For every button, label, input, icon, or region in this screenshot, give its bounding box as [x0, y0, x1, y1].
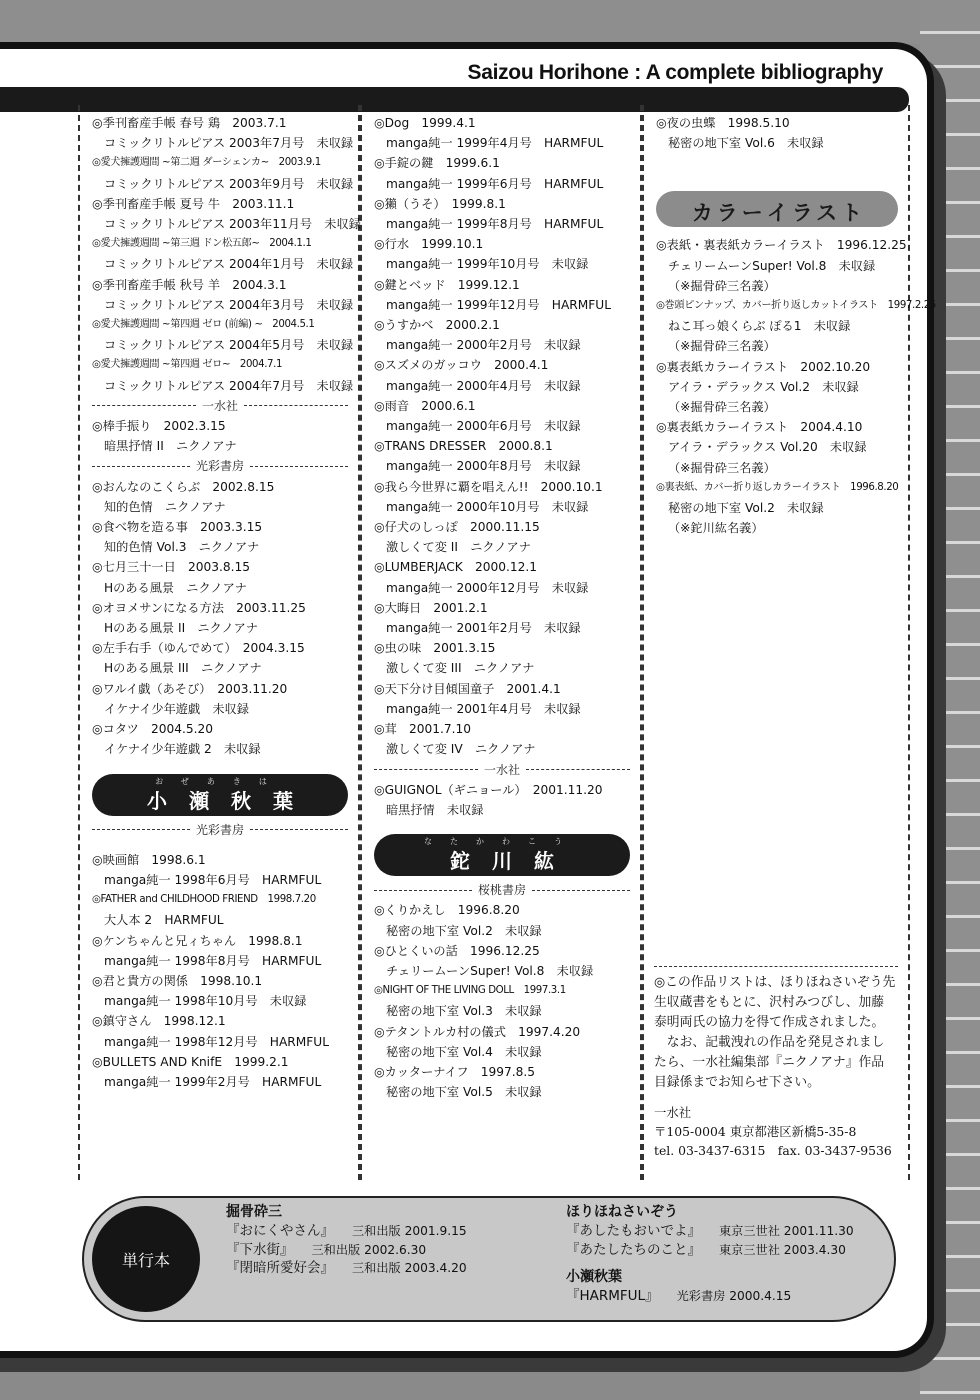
- entry-title: ◎棒手振り 2002.3.15: [92, 416, 358, 436]
- book-item: 『HARMFUL』光彩書房 2000.4.15: [566, 1287, 854, 1306]
- entry-title: ◎裏表紙カラーイラスト 2004.4.10: [656, 417, 908, 437]
- entry-title: ◎テタントルカ村の儀式 1997.4.20: [374, 1022, 640, 1042]
- entry-title: ◎鎮守さん 1998.12.1: [92, 1011, 358, 1031]
- entry-title: ◎愛犬擁護週間 ~第二週 ダーシェンカ~ 2003.9.1: [92, 153, 358, 173]
- entry-title: ◎季刊畜産手帳 夏号 牛 2003.11.1: [92, 194, 358, 214]
- entry-title: ◎巻頭ピンナップ、カバー折り返しカットイラスト 1997.2.25: [656, 296, 908, 316]
- entry-title: ◎虫の味 2001.3.15: [374, 638, 640, 658]
- entry-source: アイラ・デラックス Vol.2 未収録: [656, 377, 908, 397]
- entry-source: manga純一 1998年6月号 HARMFUL: [92, 870, 358, 890]
- entry-source: manga純一 1998年12月号 HARMFUL: [92, 1032, 358, 1052]
- entry-title: ◎裏表紙カラーイラスト 2002.10.20: [656, 357, 908, 377]
- entry-source: 暗黒抒情 II ニクノアナ: [92, 436, 358, 456]
- entry-title: ◎君と貴方の関係 1998.10.1: [92, 971, 358, 991]
- entry-title: ◎TRANS DRESSER 2000.8.1: [374, 436, 640, 456]
- entry-title: ◎愛犬擁護週間 ~第四週 ゼロ~ 2004.7.1: [92, 355, 358, 375]
- book-author: ほりほねさいぞう: [566, 1202, 854, 1222]
- author-name: 鉈川紘: [374, 845, 630, 874]
- entry-source: イケナイ少年遊戯 未収録: [92, 699, 358, 719]
- publisher-divider: 光彩書房: [92, 820, 354, 840]
- entry-title: ◎NIGHT OF THE LIVING DOLL 1997.3.1: [374, 981, 640, 1001]
- note-line: 生収蔵書をもとに、沢村みつびし、加藤: [654, 993, 898, 1013]
- entry-source: チェリームーンSuper! Vol.8 未収録: [656, 256, 908, 276]
- entry-title: ◎コタツ 2004.5.20: [92, 719, 358, 739]
- books-group-hirahana: ほりほねさいぞう 『あしたもおいでよ』東京三世社 2001.11.30 『あたし…: [566, 1202, 854, 1306]
- entry-source: 秘密の地下室 Vol.4 未収録: [374, 1042, 640, 1062]
- entry-title: ◎うすかべ 2000.2.1: [374, 315, 640, 335]
- entry-source: manga純一 1998年8月号 HARMFUL: [92, 951, 358, 971]
- entry-source: 秘密の地下室 Vol.5 未収録: [374, 1082, 640, 1102]
- author-name: 小瀬秋葉: [92, 785, 348, 814]
- entry-title: ◎ひとくいの話 1996.12.25: [374, 941, 640, 961]
- entry-source: manga純一 2001年2月号 未収録: [374, 618, 640, 638]
- publisher-divider: 桜桃書房: [374, 880, 636, 900]
- book-item: 『あしたもおいでよ』東京三世社 2001.11.30: [566, 1222, 854, 1241]
- entry-title: ◎ワルイ戯（あそび） 2003.11.20: [92, 679, 358, 699]
- entry-title: ◎雨音 2000.6.1: [374, 396, 640, 416]
- entry-source: manga純一 2000年6月号 未収録: [374, 416, 640, 436]
- entry-source: manga純一 1999年12月号 HARMFUL: [374, 295, 640, 315]
- entry-source: manga純一 1998年10月号 未収録: [92, 991, 358, 1011]
- entry-title: ◎くりかえし 1996.8.20: [374, 900, 640, 920]
- entry-title: ◎仔犬のしっぽ 2000.11.15: [374, 517, 640, 537]
- entry-title: ◎七月三十一日 2003.8.15: [92, 557, 358, 577]
- entry-source: イケナイ少年遊戯 2 未収録: [92, 739, 358, 759]
- entry-source: コミックリトルピアス 2004年1月号 未収録: [92, 254, 358, 274]
- entry-title: ◎オヨメサンになる方法 2003.11.25: [92, 598, 358, 618]
- entry-title: ◎ケンちゃんと兄ィちゃん 1998.8.1: [92, 931, 358, 951]
- author-banner: カラーイラスト: [656, 191, 898, 227]
- entry-source: コミックリトルピアス 2003年9月号 未収録: [92, 174, 358, 194]
- column-2-list: ◎Dog 1999.4.1manga純一 1999年4月号 HARMFUL◎手錠…: [362, 105, 640, 1102]
- author-banner: おぜあきは小瀬秋葉: [92, 774, 348, 816]
- publisher-address: 一水社 〒105-0004 東京都港区新橋5-35-8 tel. 03-3437…: [654, 1103, 898, 1160]
- entry-title: ◎表紙・裏表紙カラーイラスト 1996.12.25: [656, 235, 908, 255]
- entry-source: manga純一 1999年8月号 HARMFUL: [374, 214, 640, 234]
- phone-fax: tel. 03-3437-6315 fax. 03-3437-9536: [654, 1141, 898, 1160]
- entry-source: manga純一 2000年12月号 未収録: [374, 578, 640, 598]
- entry-note: （※掘骨砕三名義）: [656, 458, 908, 478]
- author-banner: なたかわこう鉈川紘: [374, 834, 630, 876]
- column-1-list: ◎季刊畜産手帳 春号 鶏 2003.7.1コミックリトルピアス 2003年7月号…: [80, 105, 358, 1092]
- note-line: 泰明両氏の協力を得て作成されました。: [654, 1013, 898, 1033]
- entry-title: ◎鍵とベッド 1999.12.1: [374, 275, 640, 295]
- entry-note: （※掘骨砕三名義）: [656, 397, 908, 417]
- column-3-list: ◎夜の虫蝶 1998.5.10秘密の地下室 Vol.6 未収録カラーイラスト◎表…: [644, 105, 908, 538]
- entry-title: ◎夜の虫蝶 1998.5.10: [656, 113, 908, 133]
- note-divider: [654, 966, 898, 967]
- entry-title: ◎スズメのガッコウ 2000.4.1: [374, 355, 640, 375]
- entry-title: ◎季刊畜産手帳 秋号 羊 2004.3.1: [92, 275, 358, 295]
- entry-source: チェリームーンSuper! Vol.8 未収録: [374, 961, 640, 981]
- publisher-divider: 光彩書房: [92, 456, 354, 476]
- top-background: [0, 0, 980, 44]
- entry-title: ◎食べ物を造る事 2003.3.15: [92, 517, 358, 537]
- books-group-horihone: 掘骨砕三 『おにくやさん』三和出版 2001.9.15 『下水街』三和出版 20…: [226, 1202, 467, 1278]
- note-line: たら、一水社編集部『ニクノアナ』作品: [654, 1053, 898, 1073]
- entry-title: ◎映画館 1998.6.1: [92, 850, 358, 870]
- entry-title: ◎LUMBERJACK 2000.12.1: [374, 557, 640, 577]
- note-line: なお、記載洩れの作品を発見されまし: [654, 1033, 898, 1053]
- column-1: ◎季刊畜産手帳 春号 鶏 2003.7.1コミックリトルピアス 2003年7月号…: [78, 105, 360, 1180]
- entry-title: ◎BULLETS AND KnifE 1999.2.1: [92, 1052, 358, 1072]
- entry-title: ◎Dog 1999.4.1: [374, 113, 640, 133]
- entry-source: manga純一 1999年2月号 HARMFUL: [92, 1072, 358, 1092]
- entry-source: 秘密の地下室 Vol.2 未収録: [656, 498, 908, 518]
- entry-note: （※掘骨砕三名義）: [656, 276, 908, 296]
- entry-title: ◎愛犬擁護週間 ~第三週 ドン松五郎~ 2004.1.1: [92, 234, 358, 254]
- entry-source: manga純一 2001年4月号 未収録: [374, 699, 640, 719]
- entry-title: ◎我ら今世界に覇を唱えん!! 2000.10.1: [374, 477, 640, 497]
- entry-source: コミックリトルピアス 2004年3月号 未収録: [92, 295, 358, 315]
- book-item: 『閉暗所愛好会』三和出版 2003.4.20: [226, 1259, 467, 1278]
- entry-source: コミックリトルピアス 2004年5月号 未収録: [92, 335, 358, 355]
- note-line: ◎この作品リストは、ほりほねさいぞう先: [654, 973, 898, 993]
- entry-source: アイラ・デラックス Vol.20 未収録: [656, 437, 908, 457]
- book-author: 小瀬秋葉: [566, 1267, 854, 1287]
- entry-source: manga純一 1999年4月号 HARMFUL: [374, 133, 640, 153]
- entry-source: 知的色情 Vol.3 ニクノアナ: [92, 537, 358, 557]
- section-name: カラーイラスト: [656, 197, 898, 227]
- entry-title: ◎GUIGNOL（ギニョール） 2001.11.20: [374, 780, 640, 800]
- entry-source: manga純一 2000年8月号 未収録: [374, 456, 640, 476]
- book-item: 『あたしたちのこと』東京三世社 2003.4.30: [566, 1241, 854, 1260]
- entry-note: （※鉈川紘名義）: [656, 518, 908, 538]
- entry-title: ◎おんなのこくらぶ 2002.8.15: [92, 477, 358, 497]
- entry-source: Hのある風景 III ニクノアナ: [92, 658, 358, 678]
- entry-source: manga純一 2000年4月号 未収録: [374, 376, 640, 396]
- entry-source: 秘密の地下室 Vol.3 未収録: [374, 1001, 640, 1021]
- entry-source: 大人本 2 HARMFUL: [92, 910, 358, 930]
- book-author: 掘骨砕三: [226, 1202, 467, 1222]
- entry-title: ◎カッターナイフ 1997.8.5: [374, 1062, 640, 1082]
- entry-title: ◎行水 1999.10.1: [374, 234, 640, 254]
- postal-address: 〒105-0004 東京都港区新橋5-35-8: [654, 1122, 898, 1141]
- column-2: ◎Dog 1999.4.1manga純一 1999年4月号 HARMFUL◎手錠…: [360, 105, 642, 1180]
- entry-source: manga純一 2000年2月号 未収録: [374, 335, 640, 355]
- entry-source: manga純一 1999年10月号 未収録: [374, 254, 640, 274]
- entry-source: 激しくて変 II ニクノアナ: [374, 537, 640, 557]
- entry-title: ◎天下分け目傾国童子 2001.4.1: [374, 679, 640, 699]
- spacer: [92, 840, 358, 850]
- entry-title: ◎愛犬擁護週間 ~第四週 ゼロ (前編) ~ 2004.5.1: [92, 315, 358, 335]
- publisher-divider: 一水社: [374, 760, 636, 780]
- entry-source: 秘密の地下室 Vol.2 未収録: [374, 921, 640, 941]
- entry-source: manga純一 2000年10月号 未収録: [374, 497, 640, 517]
- entry-title: ◎季刊畜産手帳 春号 鶏 2003.7.1: [92, 113, 358, 133]
- entry-source: 激しくて変 III ニクノアナ: [374, 658, 640, 678]
- publisher-name: 一水社: [654, 1103, 898, 1122]
- entry-note: （※掘骨砕三名義）: [656, 336, 908, 356]
- entry-title: ◎裏表紙、カバー折り返しカラーイラスト 1996.8.20: [656, 478, 908, 498]
- entry-source: 激しくて変 IV ニクノアナ: [374, 739, 640, 759]
- page-title: Saizou Horihone : A complete bibliograph…: [467, 61, 883, 85]
- entry-title: ◎手錠の鍵 1999.6.1: [374, 153, 640, 173]
- entry-title: ◎大晦日 2001.2.1: [374, 598, 640, 618]
- entry-source: Hのある風景 II ニクノアナ: [92, 618, 358, 638]
- entry-source: コミックリトルピアス 2003年7月号 未収録: [92, 133, 358, 153]
- entry-source: 秘密の地下室 Vol.6 未収録: [656, 133, 908, 153]
- entry-title: ◎FATHER and CHILDHOOD FRIEND 1998.7.20: [92, 890, 358, 910]
- entry-source: Hのある風景 ニクノアナ: [92, 578, 358, 598]
- entry-source: manga純一 1999年6月号 HARMFUL: [374, 174, 640, 194]
- entry-source: コミックリトルピアス 2003年11月号 未収録: [92, 214, 358, 234]
- entry-title: ◎茸 2001.7.10: [374, 719, 640, 739]
- entry-title: ◎左手右手（ゆんでめて） 2004.3.15: [92, 638, 358, 658]
- note-line: 目録係までお知らせ下さい。: [654, 1073, 898, 1093]
- entry-source: ねこ耳っ娘くらぶ ぽる1 未収録: [656, 316, 908, 336]
- entry-source: 知的色情 ニクノアナ: [92, 497, 358, 517]
- book-item: 『おにくやさん』三和出版 2001.9.15: [226, 1222, 467, 1241]
- entry-title: ◎獺（うそ） 1999.8.1: [374, 194, 640, 214]
- entry-source: 暗黒抒情 未収録: [374, 800, 640, 820]
- books-box: 単行本 掘骨砕三 『おにくやさん』三和出版 2001.9.15 『下水街』三和出…: [82, 1196, 896, 1322]
- editor-note: ◎この作品リストは、ほりほねさいぞう先 生収蔵書をもとに、沢村みつびし、加藤 泰…: [654, 966, 898, 1160]
- entry-source: コミックリトルピアス 2004年7月号 未収録: [92, 376, 358, 396]
- publisher-divider: 一水社: [92, 396, 354, 416]
- books-label: 単行本: [92, 1206, 200, 1312]
- book-item: 『下水街』三和出版 2002.6.30: [226, 1241, 467, 1260]
